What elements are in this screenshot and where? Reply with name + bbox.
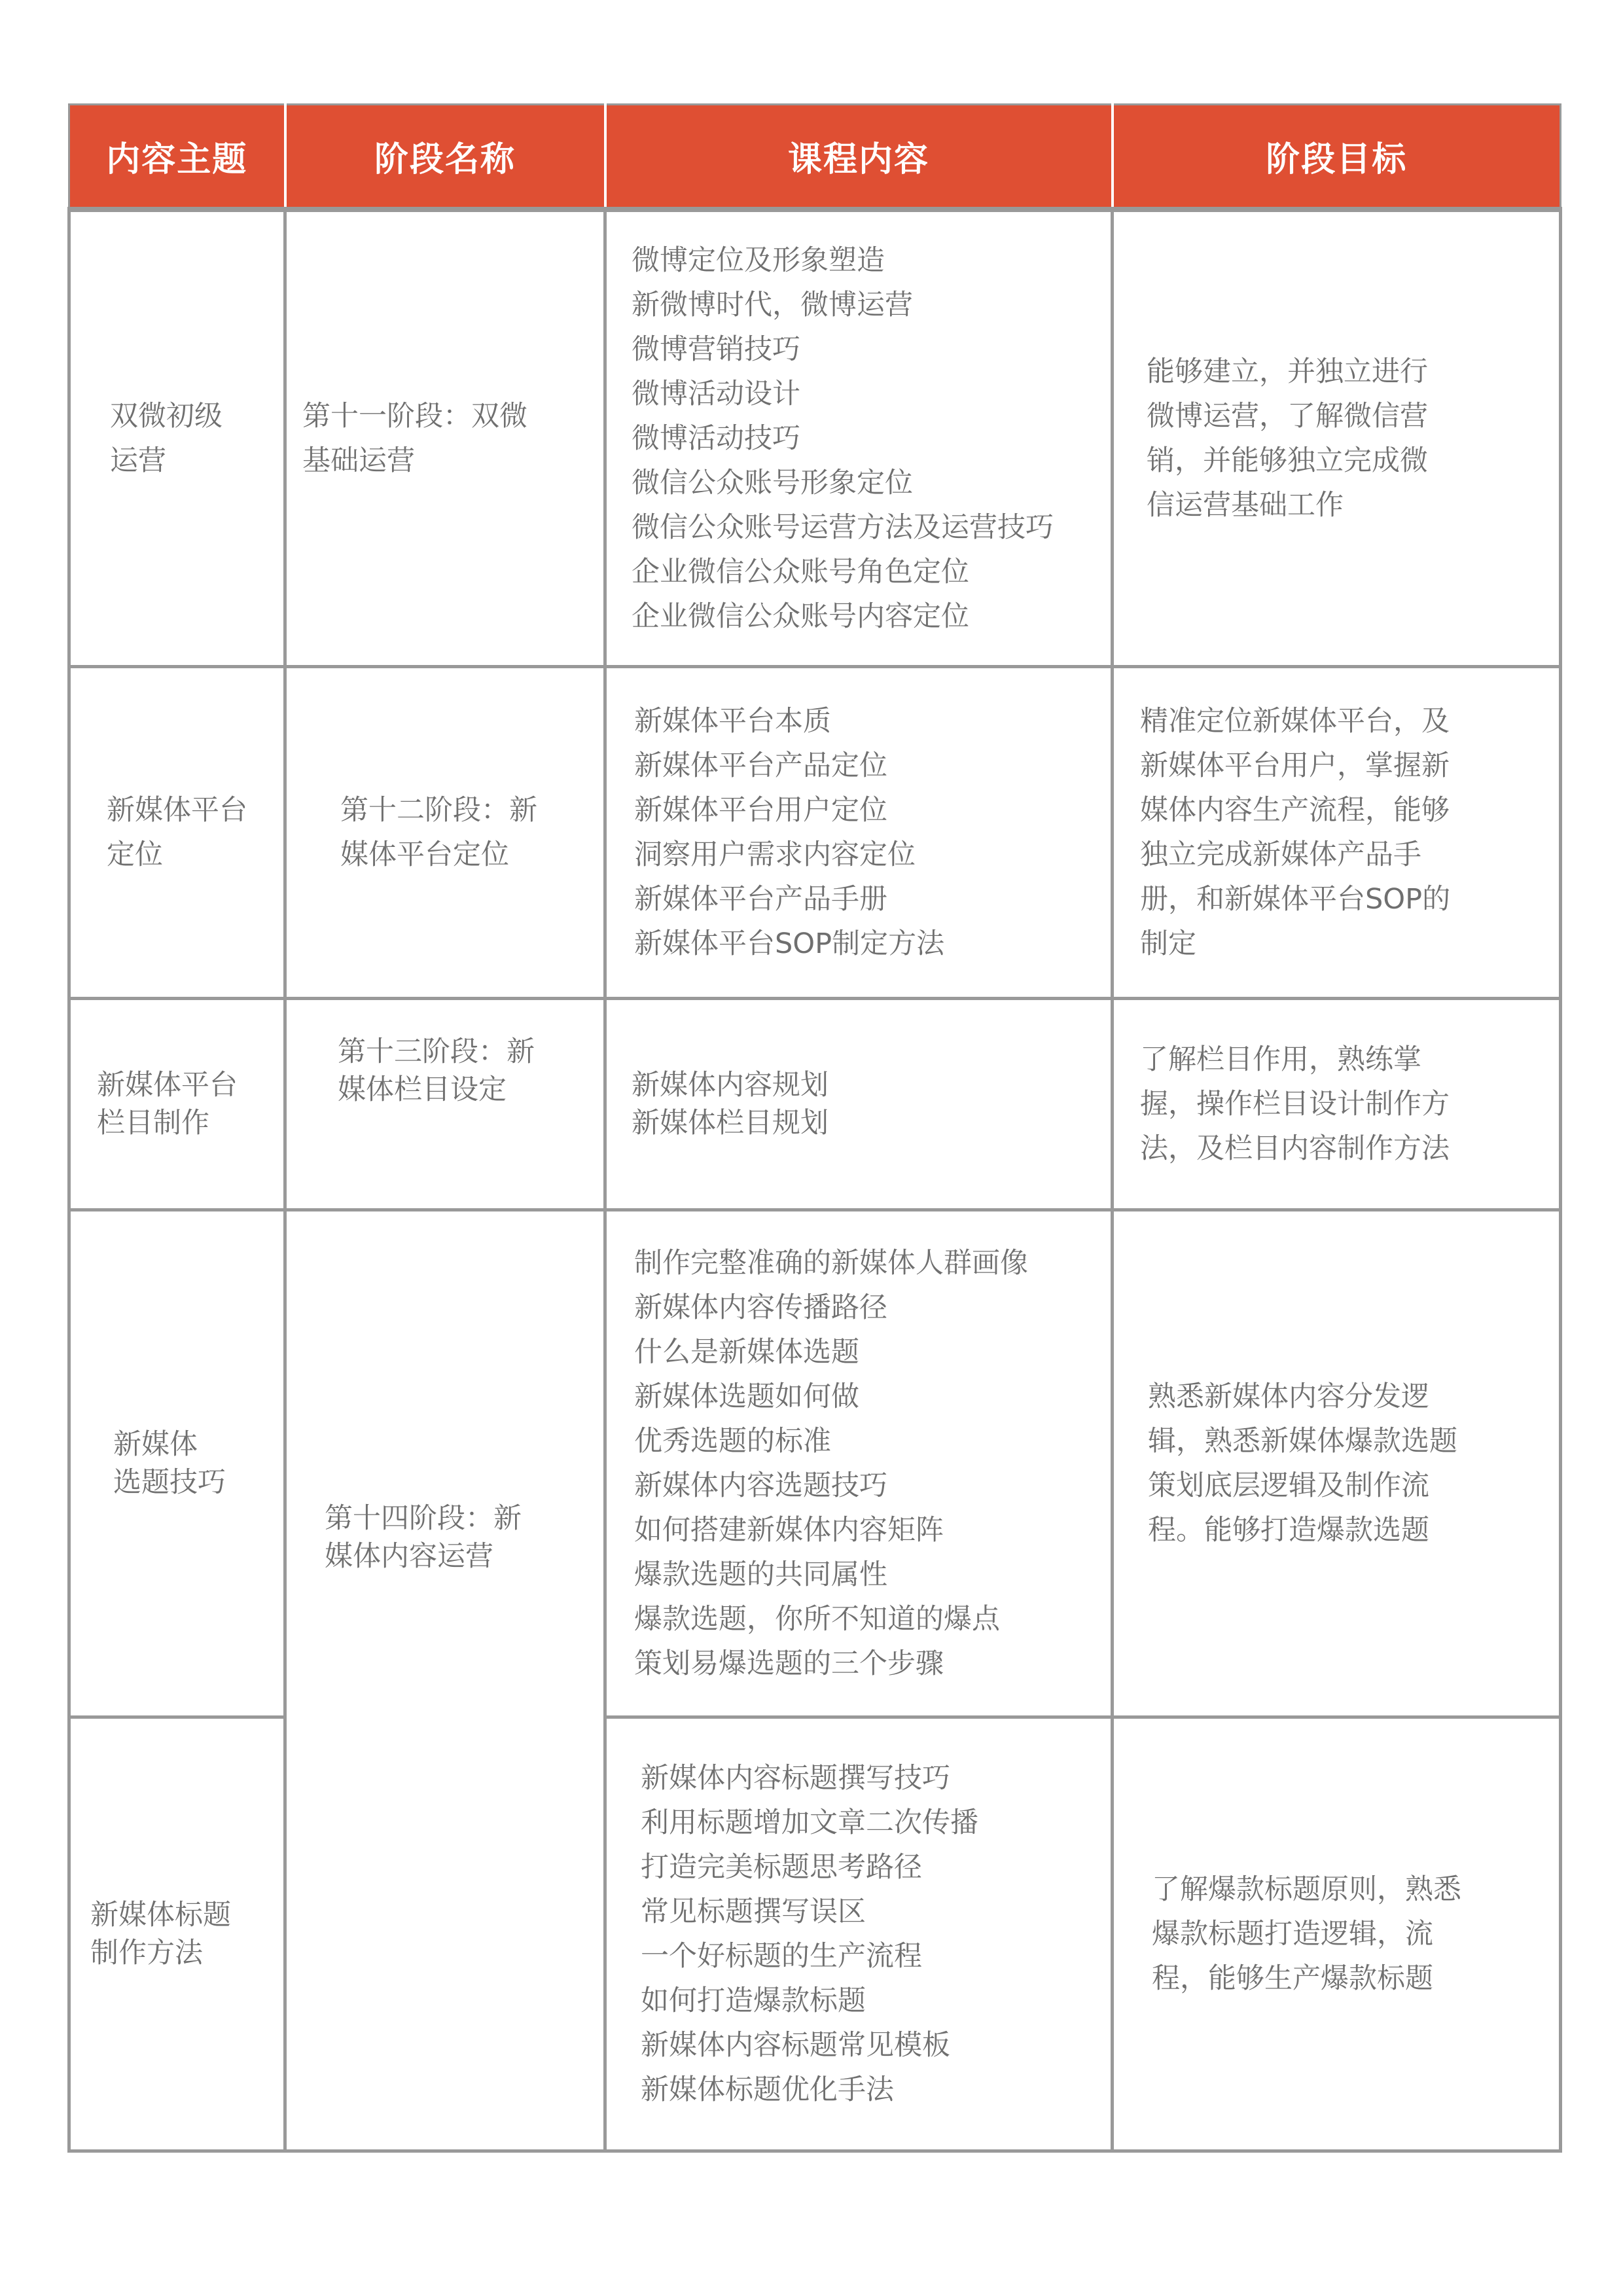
goal-cell: 了解栏目作用，熟练掌 握，操作栏目设计制作方 法，及栏目内容制作方法 [1113, 999, 1561, 1210]
goal-cell: 能够建立，并独立进行 微博运营，了解微信营 销，并能够独立完成微 信运营基础工作 [1113, 209, 1561, 667]
goal-cell: 熟悉新媒体内容分发逻 辑，熟悉新媒体爆款选题 策划底层逻辑及制作流 程。能够打造… [1113, 1210, 1561, 1717]
header-content: 课程内容 [605, 105, 1113, 210]
content-cell: 新媒体平台本质 新媒体平台产品定位 新媒体平台用户定位 洞察用户需求内容定位 新… [605, 667, 1113, 999]
stage-cell: 第十三阶段：新 媒体栏目设定 [285, 999, 605, 1210]
content-cell: 新媒体内容规划 新媒体栏目规划 [605, 999, 1113, 1210]
content-item: 新媒体平台本质 [634, 699, 1105, 744]
content-cell: 制作完整准确的新媒体人群画像 新媒体内容传播路径 什么是新媒体选题 新媒体选题如… [605, 1210, 1113, 1717]
table-row: 新媒体平台 定位 第十二阶段：新 媒体平台定位 新媒体平台本质 新媒体平台产品定… [69, 667, 1561, 999]
header-stage: 阶段名称 [285, 105, 605, 210]
content-cell: 新媒体内容标题撰写技巧 利用标题增加文章二次传播 打造完美标题思考路径 常见标题… [605, 1717, 1113, 2151]
content-item: 微信公众账号运营方法及运营技巧 [632, 505, 1105, 550]
content-item: 如何搭建新媒体内容矩阵 [634, 1508, 1105, 1552]
content-item: 新媒体内容标题撰写技巧 [641, 1756, 1105, 1801]
header-topic: 内容主题 [69, 105, 285, 210]
topic-cell: 新媒体平台 栏目制作 [69, 999, 285, 1210]
content-item: 洞察用户需求内容定位 [634, 833, 1105, 877]
stage-cell: 第十一阶段：双微 基础运营 [285, 209, 605, 667]
table-row: 新媒体平台 栏目制作 第十三阶段：新 媒体栏目设定 新媒体内容规划 新媒体栏目规… [69, 999, 1561, 1210]
goal-cell: 精准定位新媒体平台，及 新媒体平台用户，掌握新 媒体内容生产流程，能够 独立完成… [1113, 667, 1561, 999]
content-item: 优秀选题的标准 [634, 1419, 1105, 1463]
content-item: 策划易爆选题的三个步骤 [634, 1641, 1105, 1686]
content-item: 企业微信公众账号角色定位 [632, 550, 1105, 594]
content-item: 如何打造爆款标题 [641, 1979, 1105, 2023]
content-item: 微博营销技巧 [632, 327, 1105, 372]
content-item: 爆款选题，你所不知道的爆点 [634, 1597, 1105, 1641]
curriculum-table: 内容主题 阶段名称 课程内容 阶段目标 双微初级 运营 第十一阶段：双微 基础运… [67, 103, 1562, 2153]
content-item: 常见标题撰写误区 [641, 1890, 1105, 1934]
content-item: 什么是新媒体选题 [634, 1330, 1105, 1374]
content-item: 新媒体平台SOP制定方法 [634, 922, 1105, 966]
content-item: 新媒体栏目规划 [632, 1104, 1105, 1142]
header-goal: 阶段目标 [1113, 105, 1561, 210]
goal-cell: 了解爆款标题原则，熟悉 爆款标题打造逻辑，流 程，能够生产爆款标题 [1113, 1717, 1561, 2151]
content-item: 企业微信公众账号内容定位 [632, 594, 1105, 639]
content-item: 新媒体内容传播路径 [634, 1285, 1105, 1330]
content-item: 新媒体平台用户定位 [634, 788, 1105, 833]
content-item: 一个好标题的生产流程 [641, 1934, 1105, 1979]
stage-cell-merged: 第十四阶段：新 媒体内容运营 [285, 1210, 605, 2151]
topic-cell: 新媒体标题 制作方法 [69, 1717, 285, 2151]
stage-cell: 第十二阶段：新 媒体平台定位 [285, 667, 605, 999]
content-item: 微博活动设计 [632, 372, 1105, 416]
content-item: 新媒体平台产品手册 [634, 877, 1105, 922]
curriculum-table-container: 内容主题 阶段名称 课程内容 阶段目标 双微初级 运营 第十一阶段：双微 基础运… [67, 103, 1559, 2153]
content-item: 微信公众账号形象定位 [632, 461, 1105, 505]
content-item: 新微博时代，微博运营 [632, 283, 1105, 327]
content-item: 打造完美标题思考路径 [641, 1845, 1105, 1890]
topic-cell: 新媒体 选题技巧 [69, 1210, 285, 1717]
content-item: 爆款选题的共同属性 [634, 1552, 1105, 1597]
topic-cell: 新媒体平台 定位 [69, 667, 285, 999]
content-item: 新媒体内容标题常见模板 [641, 2023, 1105, 2068]
content-item: 新媒体标题优化手法 [641, 2068, 1105, 2112]
content-item: 微博定位及形象塑造 [632, 238, 1105, 283]
content-item: 新媒体平台产品定位 [634, 744, 1105, 788]
content-item: 制作完整准确的新媒体人群画像 [634, 1241, 1105, 1285]
content-item: 微博活动技巧 [632, 416, 1105, 461]
content-item: 利用标题增加文章二次传播 [641, 1801, 1105, 1845]
content-item: 新媒体选题如何做 [634, 1374, 1105, 1419]
topic-cell: 双微初级 运营 [69, 209, 285, 667]
content-item: 新媒体内容规划 [632, 1066, 1105, 1104]
table-row: 新媒体 选题技巧 第十四阶段：新 媒体内容运营 制作完整准确的新媒体人群画像 新… [69, 1210, 1561, 1717]
content-item: 新媒体内容选题技巧 [634, 1463, 1105, 1508]
table-row: 双微初级 运营 第十一阶段：双微 基础运营 微博定位及形象塑造 新微博时代，微博… [69, 209, 1561, 667]
content-cell: 微博定位及形象塑造 新微博时代，微博运营 微博营销技巧 微博活动设计 微博活动技… [605, 209, 1113, 667]
table-header-row: 内容主题 阶段名称 课程内容 阶段目标 [69, 105, 1561, 210]
